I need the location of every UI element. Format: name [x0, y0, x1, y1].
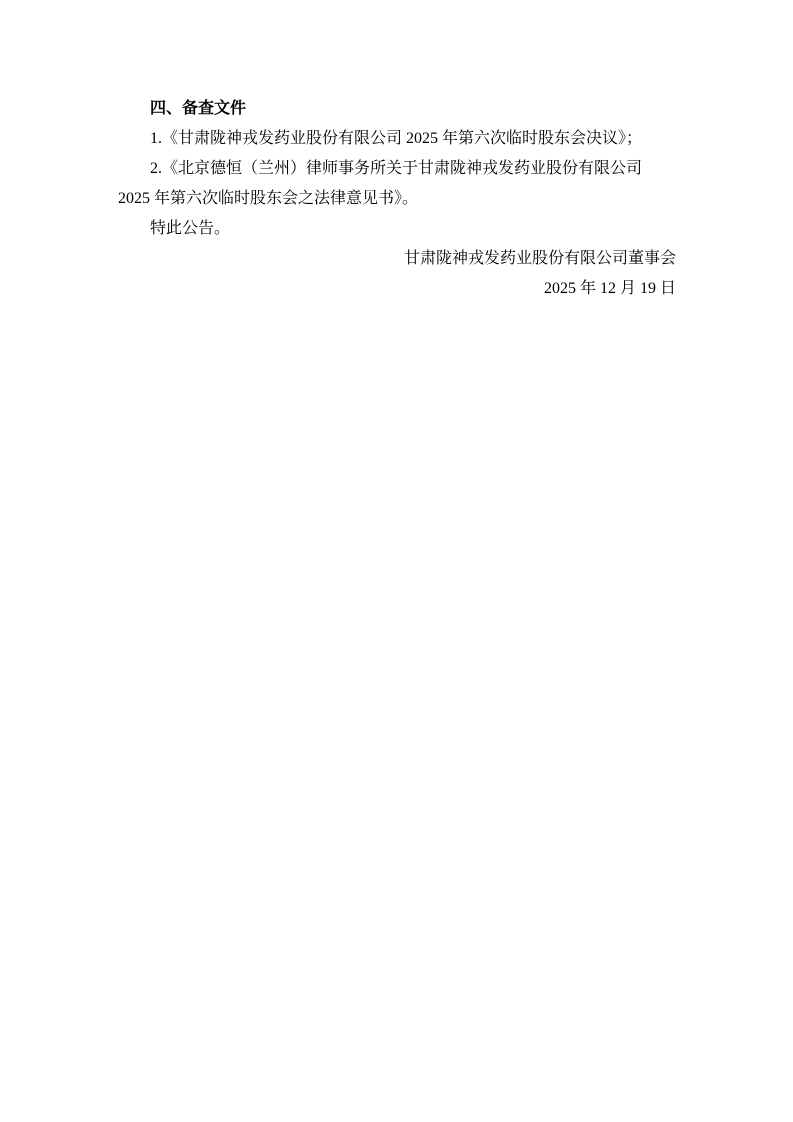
reference-item-1: 1.《甘肃陇神戎发药业股份有限公司 2025 年第六次临时股东会决议》；	[118, 124, 676, 154]
date-line: 2025 年 12 月 19 日	[118, 274, 676, 304]
signature-line: 甘肃陇神戎发药业股份有限公司董事会	[118, 244, 676, 274]
section-heading: 四、备查文件	[118, 94, 676, 124]
closing-statement: 特此公告。	[118, 214, 676, 244]
document-page: 四、备查文件 1.《甘肃陇神戎发药业股份有限公司 2025 年第六次临时股东会决…	[0, 0, 793, 1122]
announcement-body: 四、备查文件 1.《甘肃陇神戎发药业股份有限公司 2025 年第六次临时股东会决…	[0, 0, 793, 304]
reference-item-2: 2.《北京德恒（兰州）律师事务所关于甘肃陇神戎发药业股份有限公司 2025 年第…	[118, 154, 676, 214]
